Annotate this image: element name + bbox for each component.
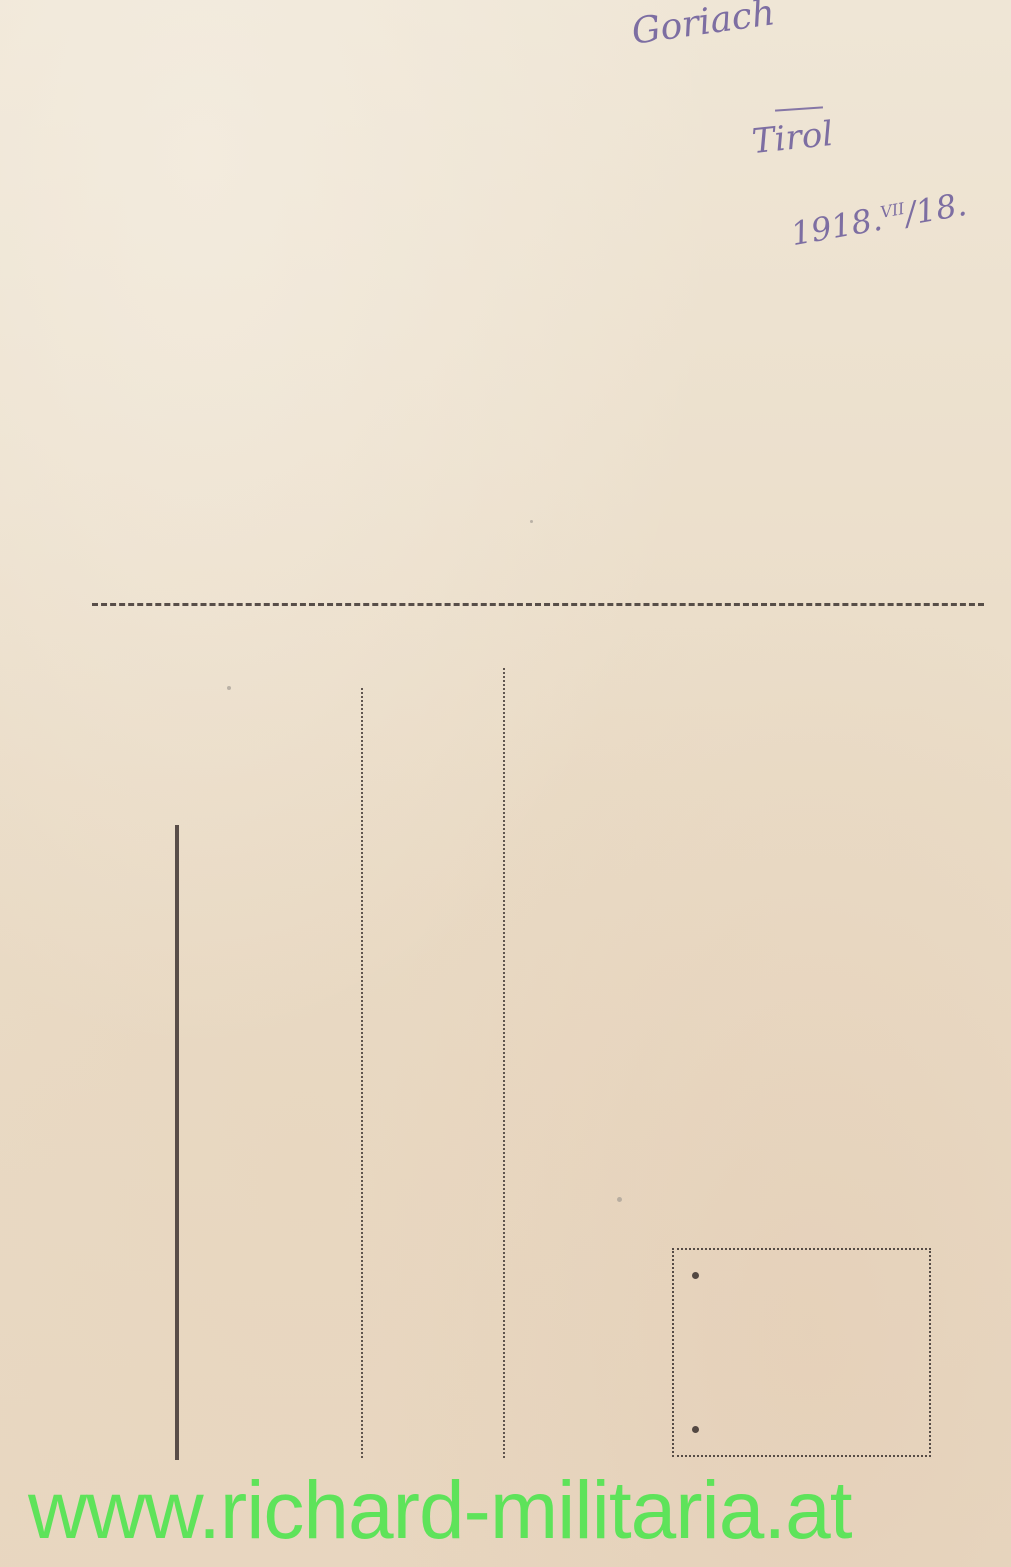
paper-speck xyxy=(227,686,231,690)
handwritten-date: 1918.VII/18. xyxy=(788,185,969,253)
horizontal-divider xyxy=(92,603,984,606)
date-month: VII xyxy=(879,199,906,222)
stamp-box xyxy=(672,1248,931,1457)
handwritten-region: Tirol xyxy=(750,114,835,162)
stamp-corner-dot xyxy=(692,1272,699,1279)
address-line-dotted-2 xyxy=(503,668,505,1458)
address-line-dotted-1 xyxy=(361,688,363,1458)
stamp-corner-dot xyxy=(692,1426,699,1433)
date-year: 1918. xyxy=(788,200,885,253)
watermark-text: www.richard-militaria.at xyxy=(28,1470,852,1552)
handwritten-place: Goriach xyxy=(629,0,777,53)
paper-speck xyxy=(530,520,533,523)
paper-speck xyxy=(617,1197,622,1202)
address-line-solid xyxy=(175,825,179,1460)
date-day: /18. xyxy=(902,185,969,233)
postcard-back: Goriach Tirol 1918.VII/18. www.richard-m… xyxy=(0,0,1011,1567)
handwritten-t-bar xyxy=(775,106,823,111)
